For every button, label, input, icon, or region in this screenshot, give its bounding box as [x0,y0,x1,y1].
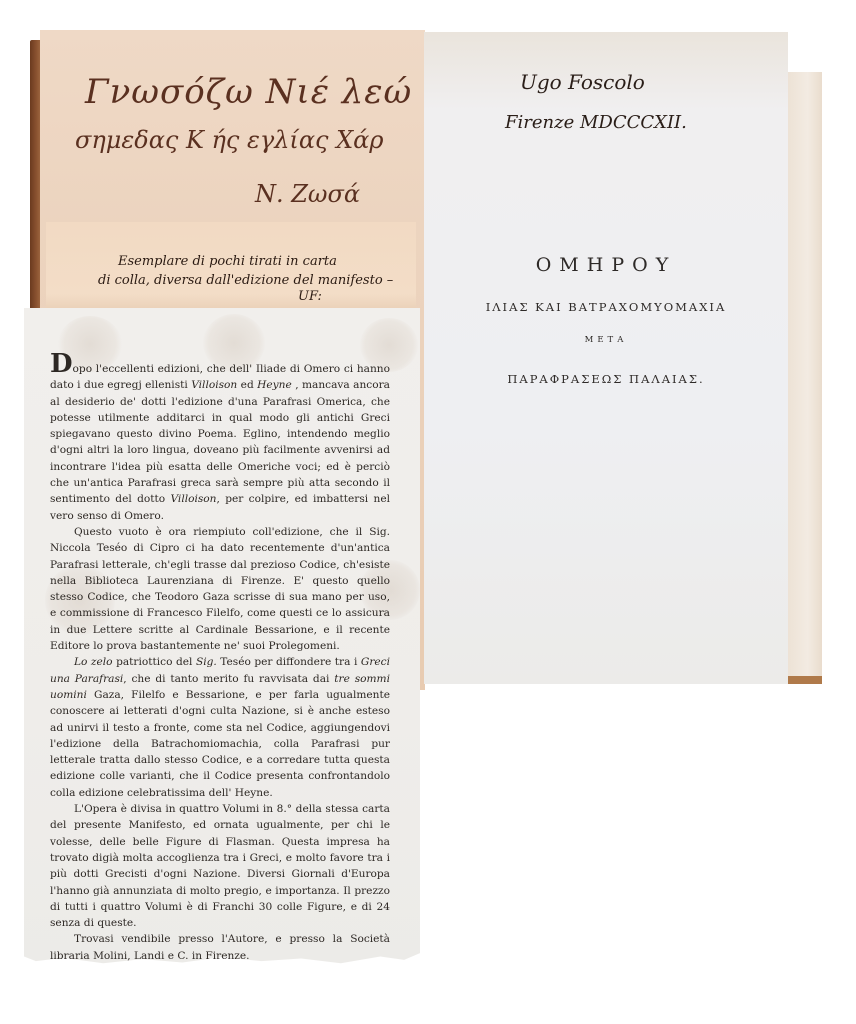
manifesto-text: Dopo l'eccellenti edizioni, che dell' Il… [50,356,390,964]
book-subtitle: ΙΛΙΑΣ ΚΑΙ ΒΑΤΡΑΧΟΜΥΟΜΑΧΙΑ [424,300,788,314]
text-run: , mancava ancora al desiderio de' dotti … [50,379,390,505]
manifesto-paragraph-2: Questo vuoto è ora riempiuto coll'edizio… [50,524,390,654]
italic-name: Heyne [257,379,292,391]
book-meta-word: ΜΕΤΑ [424,335,788,345]
note-line-2: di colla, diversa dall'edizione del mani… [98,273,393,288]
italic-run: Sig. [196,656,217,668]
back-page-edge [786,72,822,684]
foscolo-signature: Ugo Foscolo [520,70,645,94]
note-initials: UF: [298,289,322,304]
drop-cap: D [50,349,73,379]
note-line-1: Esemplare di pochi tirati in carta [118,254,337,269]
italic-name: Villoison [170,493,216,505]
text-run: patriottico del [113,656,196,668]
place-date-inscription: Firenze MDCCCXII. [505,112,687,133]
text-run: Gaza, Filelfo e Bessarione, e per farla … [50,689,390,799]
italic-name: Villoison [191,379,237,391]
book-paraphrase-line: ΠΑΡΑΦΡΑΣΕΩΣ ΠΑΛΑΙΑΣ. [424,372,788,386]
binding-corner [788,676,822,684]
manifesto-paragraph-5: Trovasi vendibile presso l'Autore, e pre… [50,931,390,964]
greek-inscription-signature: Ν. Ζωσά [255,180,360,208]
text-run: ed [237,379,257,391]
text-run: Teséo per diffondere tra i [217,656,361,668]
manifesto-paragraph-3: Lo zelo patriottico del Sig. Teséo per d… [50,654,390,801]
book-title: ΟΜΗΡΟΥ [424,254,788,276]
greek-inscription-line-1: Γνωσόζω Νιέ λεώ [85,72,412,112]
greek-inscription-line-2: σημεδας Κ ής εγλίας Χάρ [75,126,384,154]
italic-run: Lo zelo [74,656,113,668]
text-run: , che di tanto merito fu ravvisata dai [123,673,334,685]
manifesto-paragraph-4: L'Opera è divisa in quattro Volumi in 8.… [50,801,390,931]
manifesto-paragraph-1: Dopo l'eccellenti edizioni, che dell' Il… [50,356,390,524]
